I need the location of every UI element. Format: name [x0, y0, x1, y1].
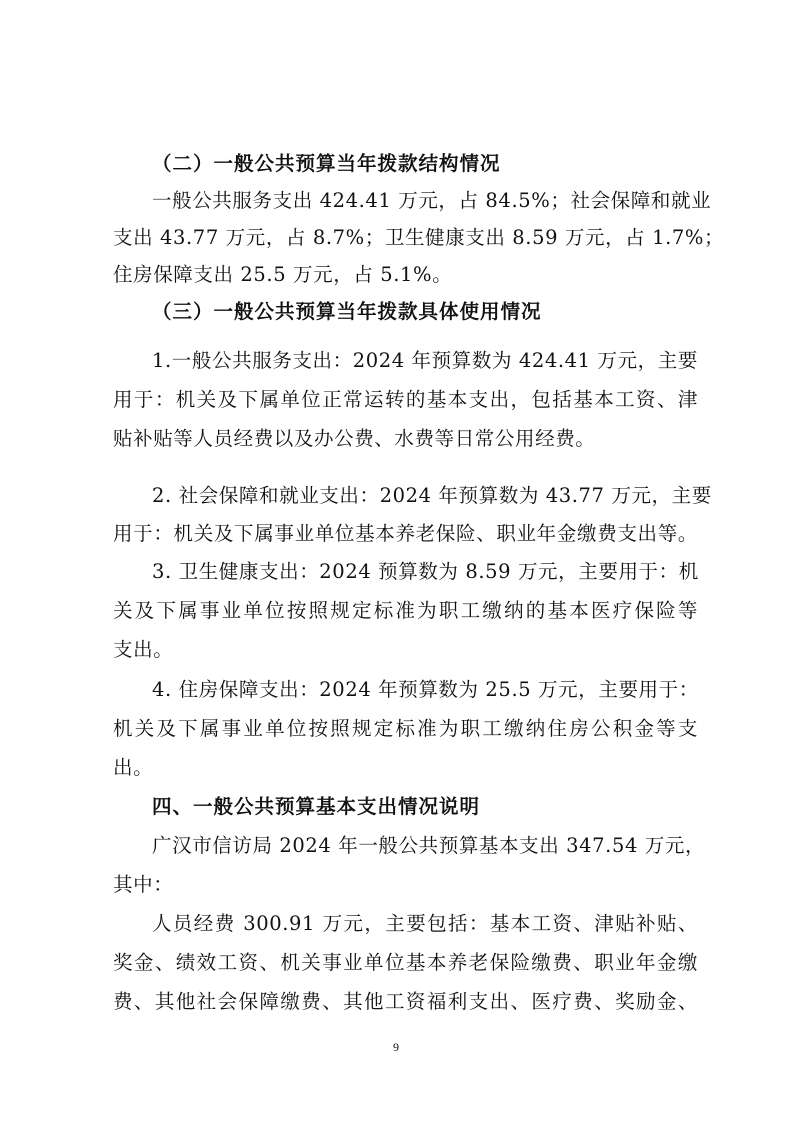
paragraph-line: 机关及下属事业单位按照规定标准为职工缴纳住房公积金等支	[113, 715, 698, 743]
document-page: （二）一般公共预算当年拨款结构情况 一般公共服务支出 424.41 万元，占 8…	[0, 0, 792, 1122]
paragraph-line: 1.一般公共服务支出：2024 年预算数为 424.41 万元，主要	[152, 347, 698, 375]
paragraph-line: 2. 社会保障和就业支出：2024 年预算数为 43.77 万元，主要	[152, 482, 698, 510]
paragraph-line: 奖金、绩效工资、机关事业单位基本养老保险缴费、职业年金缴	[113, 949, 698, 977]
paragraph-line: 关及下属事业单位按照规定标准为职工缴纳的基本医疗保险等	[113, 597, 698, 625]
paragraph-line: 贴补贴等人员经费以及办公费、水费等日常公用经费。	[113, 425, 698, 453]
paragraph-line: 一般公共服务支出 424.41 万元，占 84.5%；社会保障和就业	[152, 187, 698, 215]
paragraph-line: 住房保障支出 25.5 万元，占 5.1%。	[113, 261, 698, 289]
paragraph-line: 用于：机关及下属单位正常运转的基本支出，包括基本工资、津	[113, 386, 698, 414]
section-heading-3: （三）一般公共预算当年拨款具体使用情况	[152, 298, 698, 326]
paragraph-line: 其中：	[113, 871, 698, 899]
paragraph-line: 用于：机关及下属事业单位基本养老保险、职业年金缴费支出等。	[113, 520, 698, 548]
paragraph-line: 出。	[113, 754, 698, 782]
paragraph-line: 3. 卫生健康支出：2024 预算数为 8.59 万元，主要用于：机	[152, 558, 698, 586]
section-heading-4: 四、一般公共预算基本支出情况说明	[152, 793, 698, 821]
paragraph-line: 费、其他社会保障缴费、其他工资福利支出、医疗费、奖励金、	[113, 988, 698, 1016]
paragraph-line: 人员经费 300.91 万元，主要包括：基本工资、津贴补贴、	[152, 910, 698, 938]
paragraph-line: 支出 43.77 万元，占 8.7%；卫生健康支出 8.59 万元，占 1.7%…	[113, 224, 698, 252]
page-number: 9	[0, 1040, 792, 1055]
paragraph-line: 广汉市信访局 2024 年一般公共预算基本支出 347.54 万元，	[152, 832, 698, 860]
section-heading-2: （二）一般公共预算当年拨款结构情况	[152, 150, 698, 178]
paragraph-line: 支出。	[113, 636, 698, 664]
paragraph-line: 4. 住房保障支出：2024 年预算数为 25.5 万元，主要用于：	[152, 676, 698, 704]
